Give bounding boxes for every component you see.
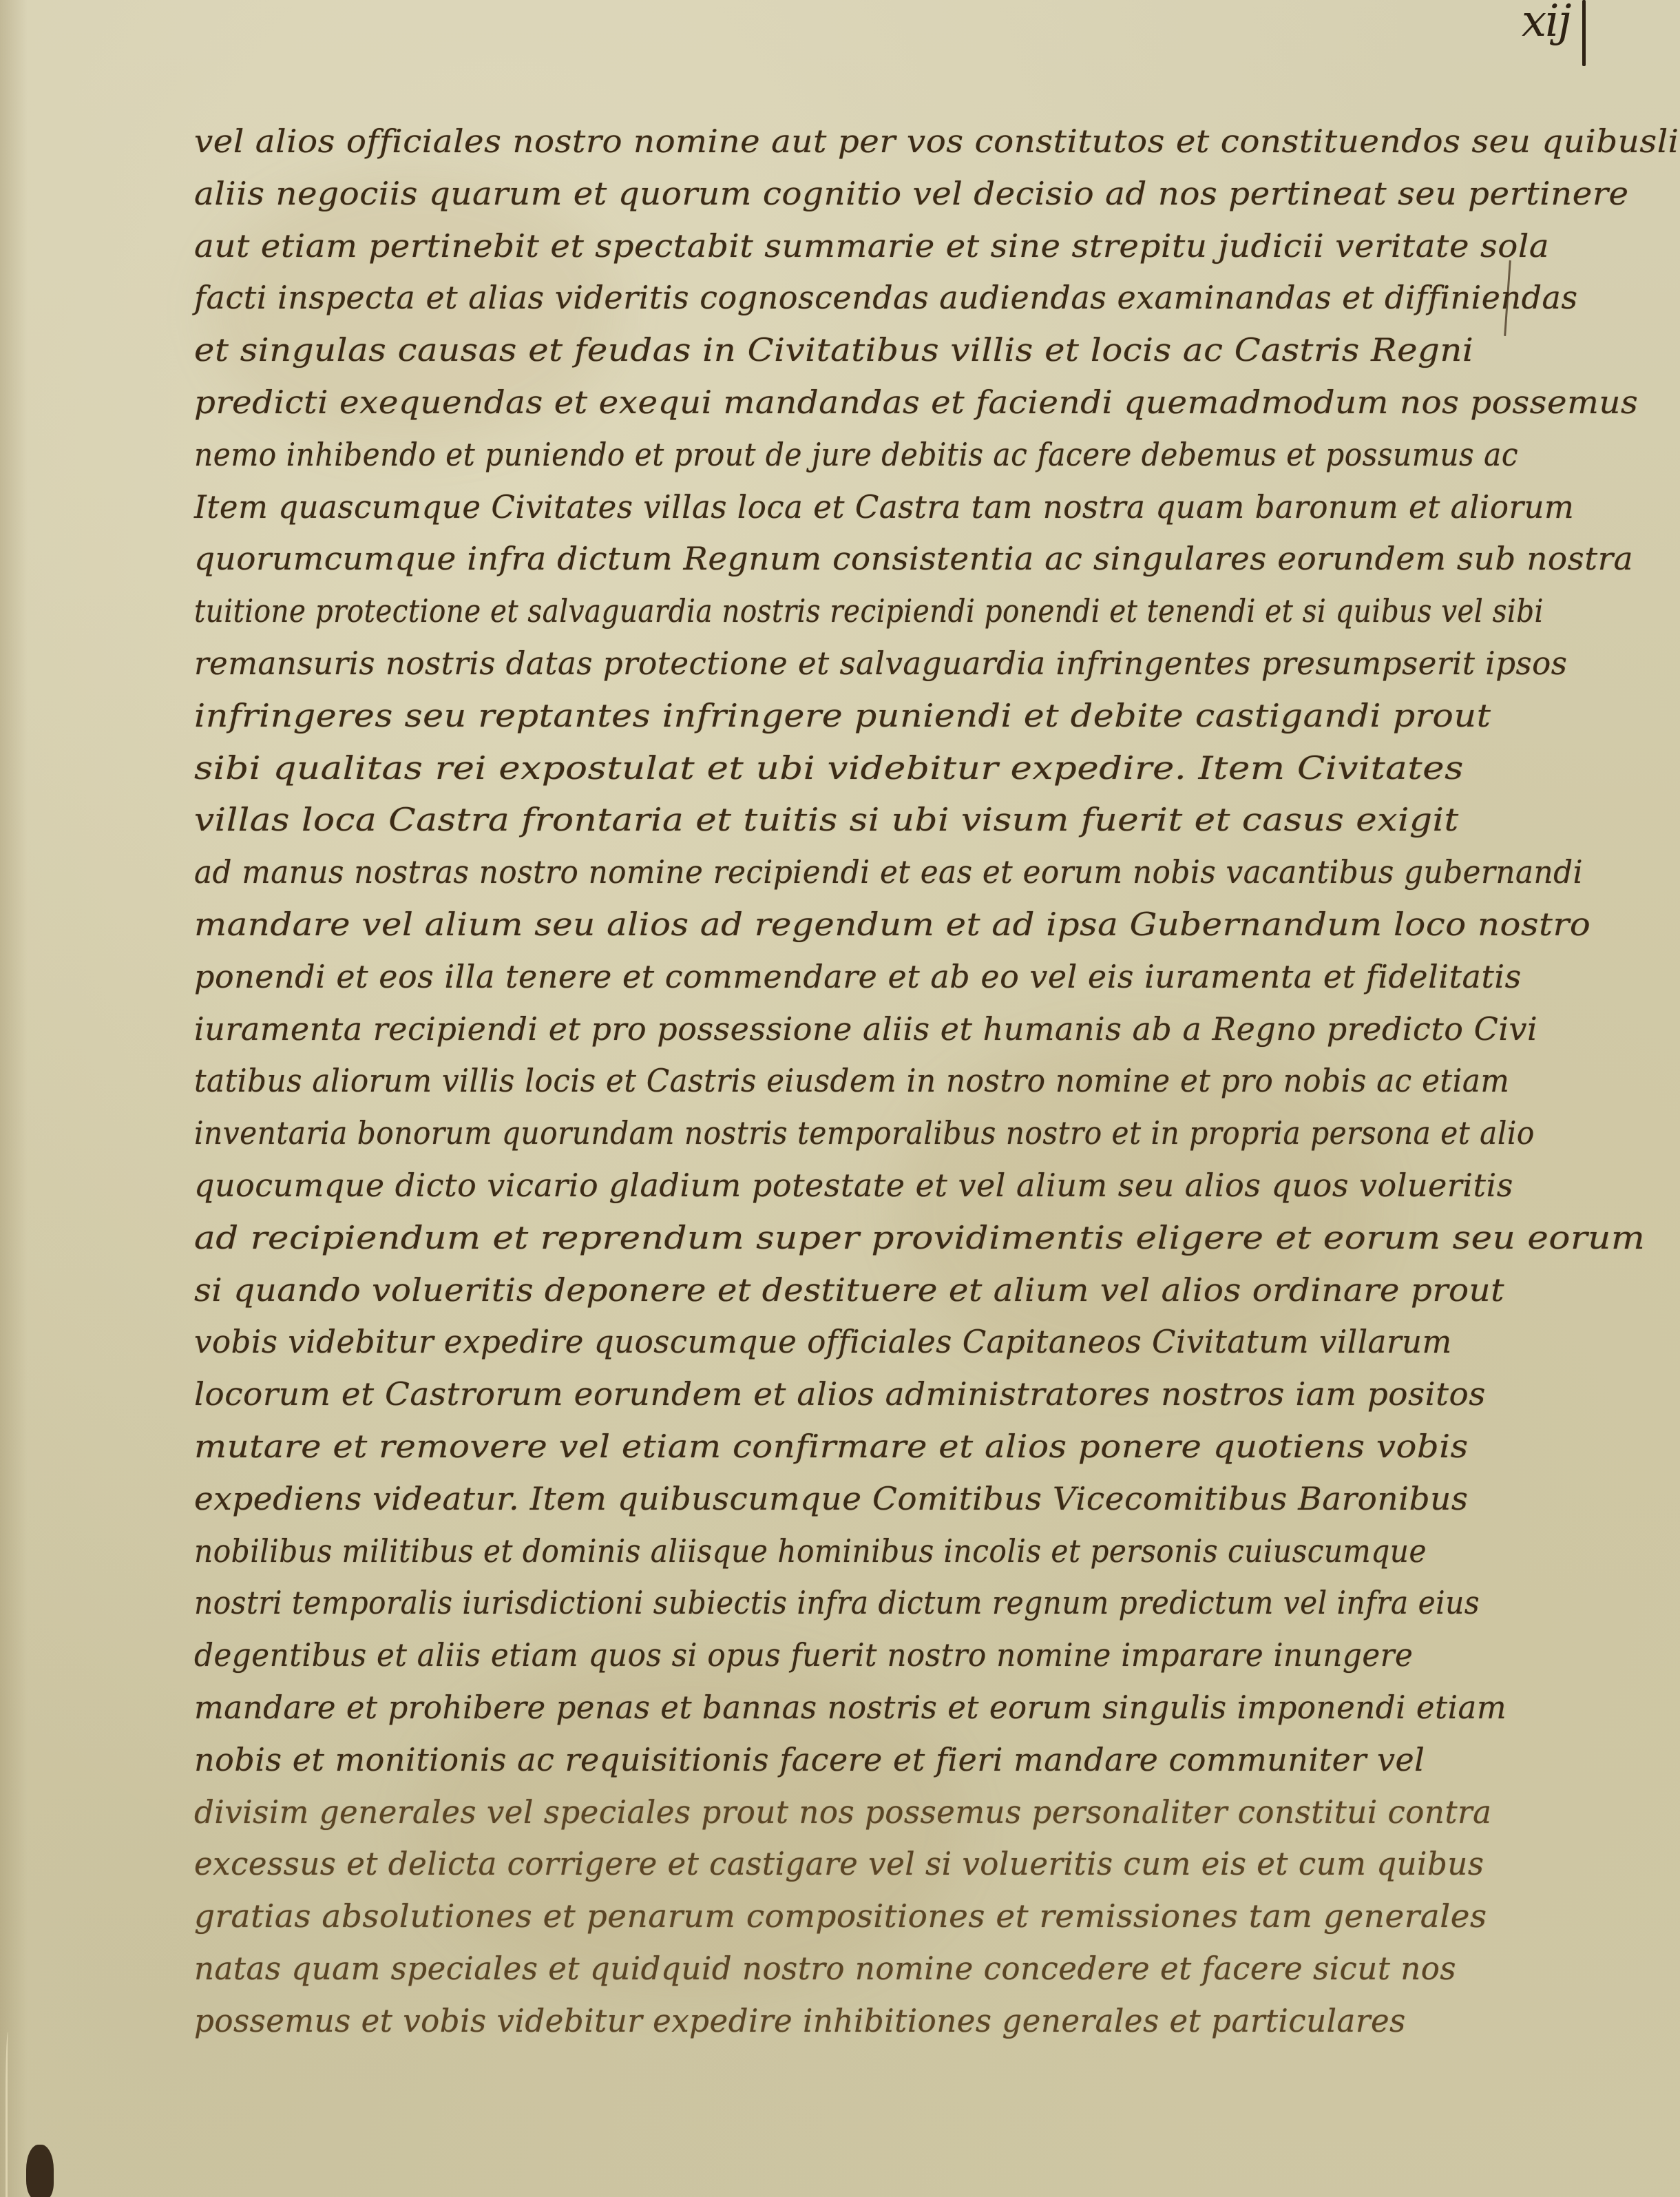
manuscript-line: vel alios officiales nostro nomine aut p…: [194, 116, 1516, 168]
manuscript-line: inventaria bonorum quorundam nostris tem…: [194, 1107, 1516, 1160]
manuscript-line: mandare vel alium seu alios ad regendum …: [194, 899, 1516, 951]
manuscript-line: et singulas causas et feudas in Civitati…: [194, 324, 1516, 377]
manuscript-text-block: vel alios officiales nostro nomine aut p…: [194, 116, 1516, 2047]
manuscript-line: quorumcumque infra dictum Regnum consist…: [194, 533, 1516, 585]
manuscript-line: iuramenta recipiendi et pro possessione …: [194, 1003, 1516, 1056]
manuscript-line: si quando volueritis deponere et destitu…: [194, 1264, 1516, 1317]
manuscript-line: nemo inhibendo et puniendo et prout de j…: [194, 429, 1516, 481]
manuscript-line: infringeres seu reptantes infringere pun…: [194, 690, 1516, 742]
manuscript-line: predicti exequendas et exequi mandandas …: [194, 377, 1516, 429]
manuscript-line: villas loca Castra frontaria et tuitis s…: [194, 794, 1516, 846]
manuscript-line: locorum et Castrorum eorundem et alios a…: [194, 1368, 1516, 1421]
manuscript-line: ponendi et eos illa tenere et commendare…: [194, 951, 1516, 1003]
manuscript-line: nobis et monitionis ac requisitionis fac…: [194, 1734, 1516, 1787]
folio-number: xij: [1522, 0, 1570, 47]
folio-stroke-mark: [1582, 0, 1586, 66]
manuscript-line: quocumque dicto vicario gladium potestat…: [194, 1160, 1516, 1212]
manuscript-line: mutare et removere vel etiam confirmare …: [194, 1421, 1516, 1473]
manuscript-line: degentibus et aliis etiam quos si opus f…: [194, 1629, 1516, 1682]
manuscript-line: expediens videatur. Item quibuscumque Co…: [194, 1473, 1516, 1526]
manuscript-line: natas quam speciales et quidquid nostro …: [194, 1943, 1516, 1995]
manuscript-line: vobis videbitur expedire quoscumque offi…: [194, 1316, 1516, 1368]
manuscript-line: ad manus nostras nostro nomine recipiend…: [194, 846, 1516, 899]
manuscript-line: Item quascumque Civitates villas loca et…: [194, 481, 1516, 534]
manuscript-line: tatibus aliorum villis locis et Castris …: [194, 1055, 1516, 1107]
manuscript-line: aliis negociis quarum et quorum cognitio…: [194, 168, 1516, 220]
page-fold-edge: [6, 2032, 12, 2197]
manuscript-line: ad recipiendum et reprendum super provid…: [194, 1212, 1516, 1264]
manuscript-line: remansuris nostris datas protectione et …: [194, 638, 1516, 690]
manuscript-line: nostri temporalis iurisdictioni subiecti…: [194, 1577, 1516, 1629]
manuscript-page: xij vel alios officiales nostro nomine a…: [0, 0, 1680, 2197]
manuscript-line: tuitione protectione et salvaguardia nos…: [194, 585, 1516, 638]
manuscript-line: gratias absolutiones et penarum composit…: [194, 1891, 1516, 1943]
manuscript-line: possemus et vobis videbitur expedire inh…: [194, 1995, 1516, 2048]
ink-blot: [26, 2145, 54, 2197]
manuscript-line: facti inspecta et alias videritis cognos…: [194, 272, 1516, 324]
manuscript-line: divisim generales vel speciales prout no…: [194, 1787, 1516, 1839]
manuscript-line: mandare et prohibere penas et bannas nos…: [194, 1682, 1516, 1734]
manuscript-line: sibi qualitas rei expostulat et ubi vide…: [194, 742, 1516, 795]
page-edge-shadow: [0, 0, 28, 2197]
manuscript-line: aut etiam pertinebit et spectabit summar…: [194, 220, 1516, 273]
manuscript-line: nobilibus militibus et dominis aliisque …: [194, 1526, 1516, 1578]
manuscript-line: excessus et delicta corrigere et castiga…: [194, 1838, 1516, 1891]
